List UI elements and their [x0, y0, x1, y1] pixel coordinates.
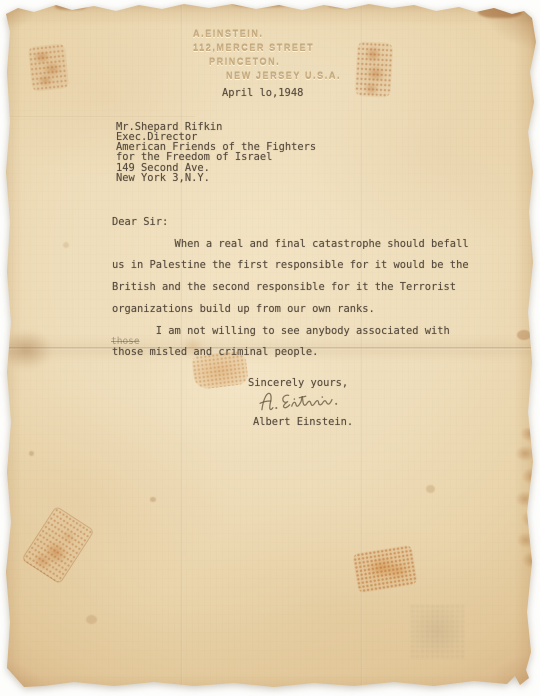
- pencil-smudge: [410, 604, 464, 658]
- foxing-spot: [150, 497, 156, 502]
- fold-edge-smear: [0, 330, 52, 370]
- foxing-spot: [86, 615, 97, 624]
- text-line: A.EINSTEIN.: [193, 27, 341, 41]
- stamp-stain: [352, 545, 418, 594]
- edge-discoloration: [233, 0, 291, 7]
- edge-discoloration: [478, 4, 522, 18]
- text-line: NEW JERSEY U.S.A.: [226, 69, 341, 83]
- text-line: Dear Sir:: [112, 212, 469, 234]
- text-line: New York 3,N.Y.: [116, 173, 316, 183]
- letterhead-embossed: A.EINSTEIN.112,MERCER STREETPRINCETON.NE…: [193, 27, 341, 83]
- stamp-stain: [21, 506, 94, 585]
- stain: [28, 43, 70, 92]
- letter-body: Dear Sir: When a real and final catastro…: [112, 212, 469, 364]
- handwritten-signature: A. Einstein.: [254, 383, 355, 418]
- foxing-spot: [517, 330, 531, 340]
- foxing-spot: [63, 242, 69, 248]
- typed-signature: Albert Einstein.: [253, 416, 353, 428]
- letter-photo: A.EINSTEIN.112,MERCER STREETPRINCETON.NE…: [0, 0, 540, 696]
- partial-crease-line: [0, 116, 195, 118]
- text-line: us in Palestine the first responsible fo…: [112, 255, 469, 277]
- stain: [355, 41, 394, 98]
- edge-discoloration: [55, 2, 87, 10]
- text-line: When a real and final catastrophe should…: [112, 234, 469, 256]
- text-line: 112,MERCER STREET: [193, 41, 341, 55]
- edge-discoloration: [328, 1, 356, 8]
- date-line: April lo,1948: [222, 87, 303, 99]
- crossed-out-word: those: [111, 336, 140, 347]
- text-line: I am not willing to see anybody associat…: [112, 321, 469, 343]
- text-line: British and the second responsible for i…: [112, 277, 469, 299]
- foxing-spot: [29, 451, 34, 456]
- letter-page: A.EINSTEIN.112,MERCER STREETPRINCETON.NE…: [0, 0, 540, 696]
- glue-residue: [511, 428, 537, 570]
- foxing-spot: [426, 485, 435, 493]
- text-line: organizations build up from our own rank…: [112, 299, 469, 321]
- text-line: PRINCETON.: [209, 55, 341, 69]
- paper-shadow: A.EINSTEIN.112,MERCER STREETPRINCETON.NE…: [0, 0, 540, 696]
- text-line: those misled and criminal people.: [112, 342, 469, 364]
- recipient-address: Mr.Shepard RifkinExec.DirectorAmerican F…: [116, 122, 316, 183]
